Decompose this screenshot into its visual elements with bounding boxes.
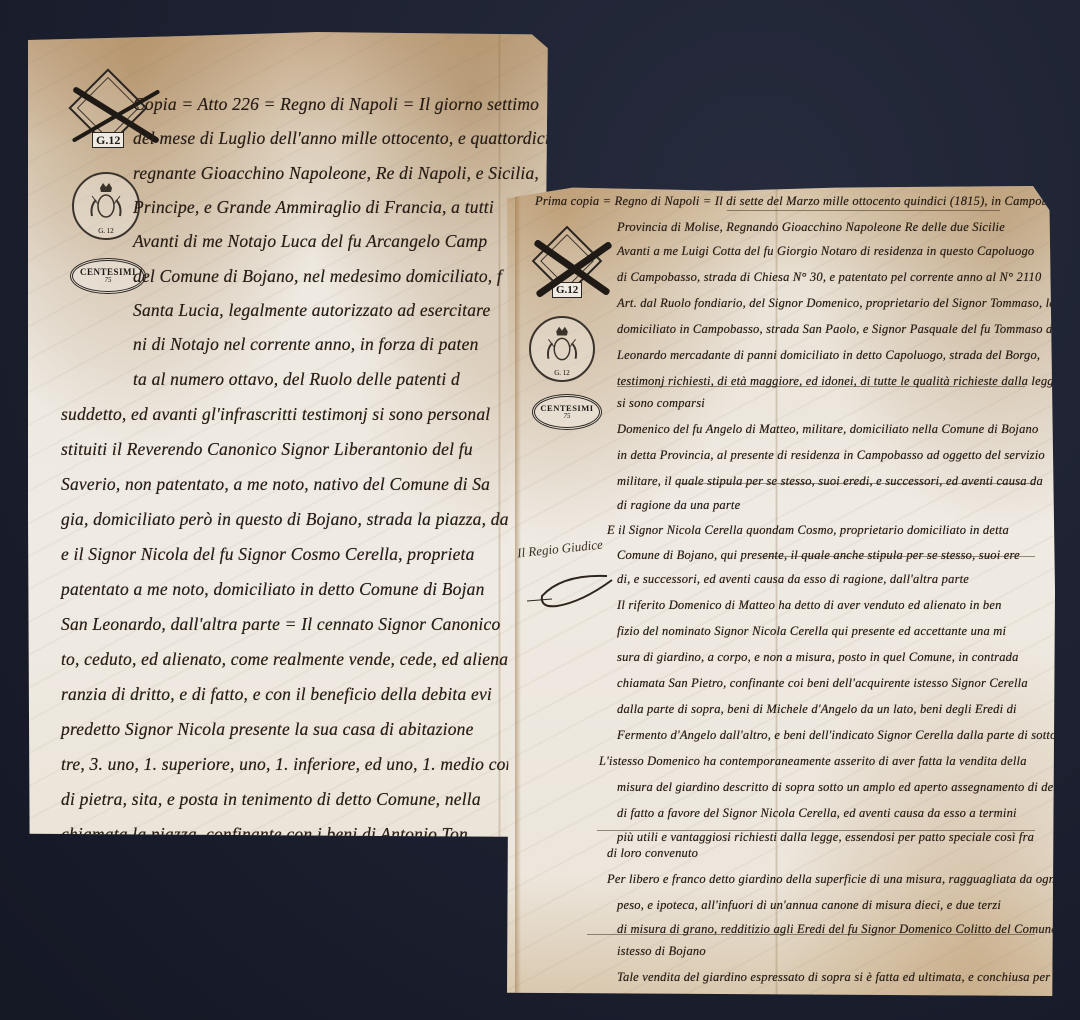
text-line: peso, e ipoteca, all'infuori di un'annua… — [617, 898, 1001, 913]
text-line: patentato a me noto, domiciliato in dett… — [61, 579, 485, 600]
text-line: Copia = Atto 226 = Regno di Napoli = Il … — [133, 94, 539, 115]
document-right: G.12 G. 12 CENTESIMI 75 Il Regio Giudice… — [507, 186, 1055, 996]
text-line: Prima copia = Regno di Napoli = Il di se… — [535, 194, 1055, 209]
text-line: Tale vendita del giardino espressato di … — [617, 970, 1050, 985]
text-line: tre, 3. uno, 1. superiore, uno, 1. infer… — [61, 754, 533, 775]
text-line: stituiti il Reverendo Canonico Signor Li… — [61, 439, 473, 460]
text-line: chiamata San Pietro, confinante coi beni… — [617, 676, 1028, 691]
text-line: di pietra, sita, e posta in tenimento di… — [61, 789, 481, 810]
text-line: Avanti a me Luigi Cotta del fu Giorgio N… — [617, 244, 1034, 259]
text-line: suddetto, ed avanti gl'infrascritti test… — [61, 404, 490, 425]
centesimi-stamp: CENTESIMI 75 — [532, 394, 602, 430]
text-line: Saverio, non patentato, a me noto, nativ… — [61, 474, 490, 495]
seal-bottom-text: G. 12 — [98, 227, 114, 235]
text-line: testimonj richiesti, di età maggiore, ed… — [617, 374, 1055, 389]
ink-bleed-texture — [28, 32, 553, 837]
ruled-line — [727, 210, 1000, 211]
text-line: ni di Notajo nel corrente anno, in forza… — [133, 334, 479, 355]
text-line: di ragione da una parte — [617, 498, 740, 513]
text-line: Provincia di Molise, Regnando Gioacchino… — [617, 220, 1005, 235]
text-line: to, ceduto, ed alienato, come realmente … — [61, 649, 508, 670]
text-line: Santa Lucia, legalmente autorizzato ad e… — [133, 300, 491, 321]
text-line: più utili e vantaggiosi richiesti dalla … — [617, 830, 1034, 845]
text-line: e il Signor Nicola del fu Signor Cosmo C… — [61, 544, 475, 565]
text-line: Avanti di me Notajo Luca del fu Arcangel… — [133, 231, 487, 252]
text-line: sura di giardino, a corpo, e non a misur… — [617, 650, 1019, 665]
kingdom-seal-stamp: G. 12 — [72, 172, 140, 240]
text-line: del mese di Luglio dell'anno mille ottoc… — [133, 128, 553, 149]
text-line: militare, il quale stipula per se stesso… — [617, 474, 1043, 489]
text-line: ranzia di dritto, e di fatto, e con il b… — [61, 684, 492, 705]
text-line: in detta Provincia, al presente di resid… — [617, 448, 1045, 463]
text-line: Leonardo mercadante di panni domiciliato… — [617, 348, 1040, 363]
text-line: dalla parte di sopra, beni di Michele d'… — [617, 702, 1017, 717]
text-line: L'istesso Domenico ha contemporaneamente… — [599, 754, 1027, 769]
text-line: di loro convenuto — [607, 846, 698, 861]
text-line: San Leonardo, dall'altra parte = Il cenn… — [61, 614, 500, 635]
text-line: istesso di Bojano — [617, 944, 706, 959]
fold-crease — [498, 32, 501, 837]
seal-bottom-text: G. 12 — [554, 369, 570, 377]
document-left: G.12 G. 12 CENTESIMI 75 Copia = Atto 226… — [28, 32, 553, 837]
stamp-diamond-label: G.12 — [92, 132, 124, 148]
margin-signature: Il Regio Giudice — [516, 537, 603, 562]
text-line: Principe, e Grande Ammiraglio di Francia… — [133, 197, 494, 218]
text-line: gia, domiciliato però in questo di Bojan… — [61, 509, 531, 530]
text-line: misura del giardino descritto di sopra s… — [617, 780, 1055, 795]
text-line: predetto Signor Nicola presente la sua c… — [61, 719, 474, 740]
text-line: Per libero e franco detto giardino della… — [607, 872, 1055, 887]
left-edge-stain — [515, 186, 521, 996]
text-line: si sono comparsi — [617, 396, 705, 411]
text-line: Fermento d'Angelo dall'altro, e beni del… — [617, 728, 1055, 743]
text-line: di fatto a favore del Signor Nicola Cere… — [617, 806, 1017, 821]
text-line: fizio del nominato Signor Nicola Cerella… — [617, 624, 1006, 639]
text-line: di Campobasso, strada di Chiesa N° 30, e… — [617, 270, 1041, 285]
text-line: ta al numero ottavo, del Ruolo delle pat… — [133, 369, 460, 390]
text-line: domiciliato in Campobasso, strada San Pa… — [617, 322, 1055, 337]
text-line: regnante Gioacchino Napoleone, Re di Nap… — [133, 163, 539, 184]
kingdom-seal-stamp: G. 12 — [529, 316, 595, 382]
text-line: del Comune di Bojano, nel medesimo domic… — [133, 266, 502, 287]
signature-flourish-icon — [522, 566, 622, 626]
centesimi-value: 75 — [105, 277, 112, 284]
centesimi-value: 75 — [564, 413, 571, 420]
text-line: di misura di grano, redditizio agli Ered… — [617, 922, 1055, 937]
text-line: Il riferito Domenico di Matteo ha detto … — [617, 598, 1002, 613]
text-line: Comune di Bojano, qui presente, il quale… — [617, 548, 1020, 563]
text-line: Art. dal Ruolo fondiario, del Signor Dom… — [617, 296, 1055, 311]
text-line: chiamata la piazza, confinante con i ben… — [61, 824, 468, 837]
text-line: E il Signor Nicola Cerella quondam Cosmo… — [607, 523, 1009, 538]
text-line: Domenico del fu Angelo di Matteo, milita… — [617, 422, 1038, 437]
text-line: di, e successori, ed aventi causa da ess… — [617, 572, 969, 587]
